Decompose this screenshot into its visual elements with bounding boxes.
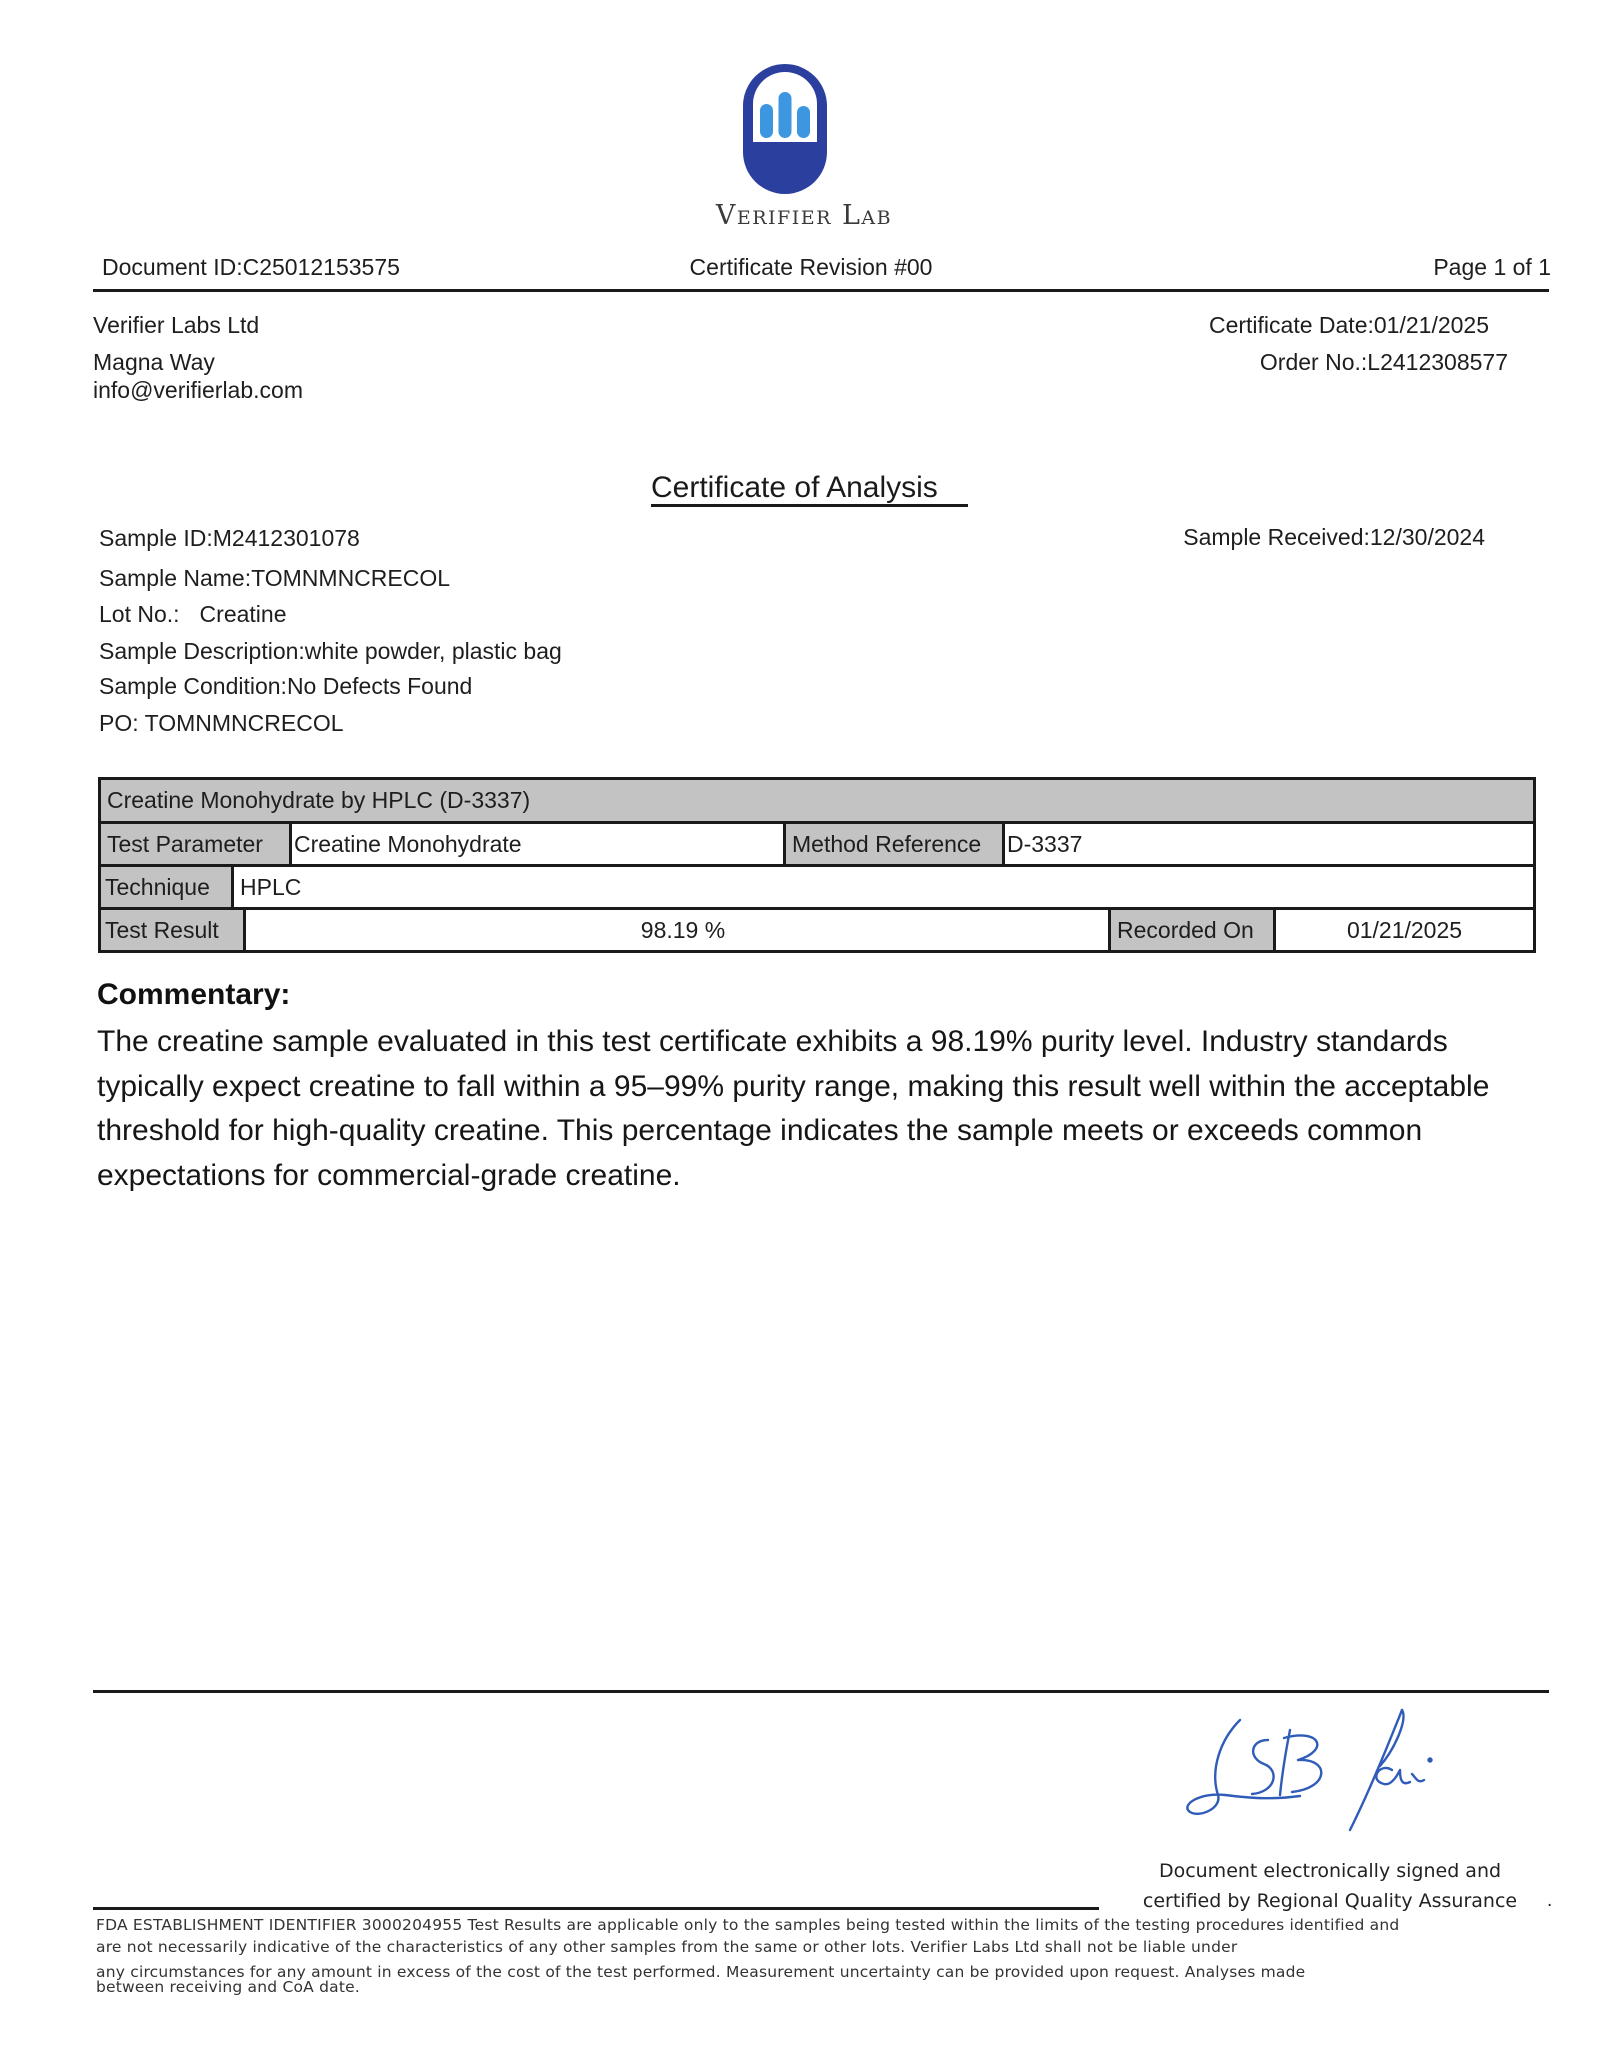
results-table: Creatine Monohydrate by HPLC (D-3337) Te… [98,777,1536,953]
order-number: Order No.:L2412308577 [1260,349,1508,376]
lot-number: Lot No.:Creatine [99,601,286,628]
test-result-value: 98.19 % [243,910,1108,950]
lab-bar-chart-icon [743,64,827,194]
disclaimer-line: FDA ESTABLISHMENT IDENTIFIER 3000204955 … [96,1916,1399,1934]
purchase-order: PO: TOMNMNCRECOL [99,710,344,737]
commentary-heading: Commentary: [97,978,290,1012]
method-reference-value: D-3337 [1002,824,1533,864]
signature-statement-line2: certified by Regional Quality Assurance [1110,1890,1550,1912]
brand-name: Verifier Lab [0,200,1608,231]
test-result-label: Test Result [101,910,243,950]
company-street: Magna Way [93,349,215,376]
signature-divider [93,1690,1549,1693]
signature-statement-line1: Document electronically signed and [1110,1860,1550,1882]
recorded-on-label: Recorded On [1108,910,1273,950]
table-row: Technique HPLC [101,864,1533,907]
lot-number-value: Creatine [200,601,287,627]
sample-received-date: Sample Received:12/30/2024 [1183,524,1485,551]
disclaimer-line: between receiving and CoA date. [96,1978,360,1996]
footer-divider [93,1907,1099,1910]
technique-value: HPLC [231,867,1533,907]
sample-description: Sample Description:white powder, plastic… [99,638,562,665]
lot-number-label: Lot No.: [99,601,180,627]
disclaimer-line: are not necessarily indicative of the ch… [96,1938,1237,1956]
certificate-revision: Certificate Revision #00 [0,254,1608,281]
table-title: Creatine Monohydrate by HPLC (D-3337) [101,780,1533,821]
certificate-date: Certificate Date:01/21/2025 [1209,312,1489,339]
method-reference-label: Method Reference [783,824,1002,864]
company-email: info@verifierlab.com [93,377,303,404]
table-title-row: Creatine Monohydrate by HPLC (D-3337) [101,780,1533,821]
sample-condition: Sample Condition:No Defects Found [99,673,472,700]
handwritten-signature-icon [1180,1700,1480,1840]
table-row: Test Result 98.19 % Recorded On 01/21/20… [101,907,1533,950]
page-title: Certificate of Analysis [651,472,968,507]
sample-name: Sample Name:TOMNMNCRECOL [99,565,450,592]
sample-id: Sample ID:M2412301078 [99,525,360,552]
test-parameter-label: Test Parameter [101,824,289,864]
recorded-on-value: 01/21/2025 [1273,910,1533,950]
commentary-text: The creatine sample evaluated in this te… [97,1020,1537,1198]
header-divider [93,289,1549,292]
company-name: Verifier Labs Ltd [93,312,259,339]
page-number: Page 1 of 1 [1433,254,1551,281]
test-parameter-value: Creatine Monohydrate [289,824,783,864]
table-row: Test Parameter Creatine Monohydrate Meth… [101,821,1533,864]
technique-label: Technique [101,867,231,907]
signature-trailing-mark: . [1547,1890,1552,1912]
